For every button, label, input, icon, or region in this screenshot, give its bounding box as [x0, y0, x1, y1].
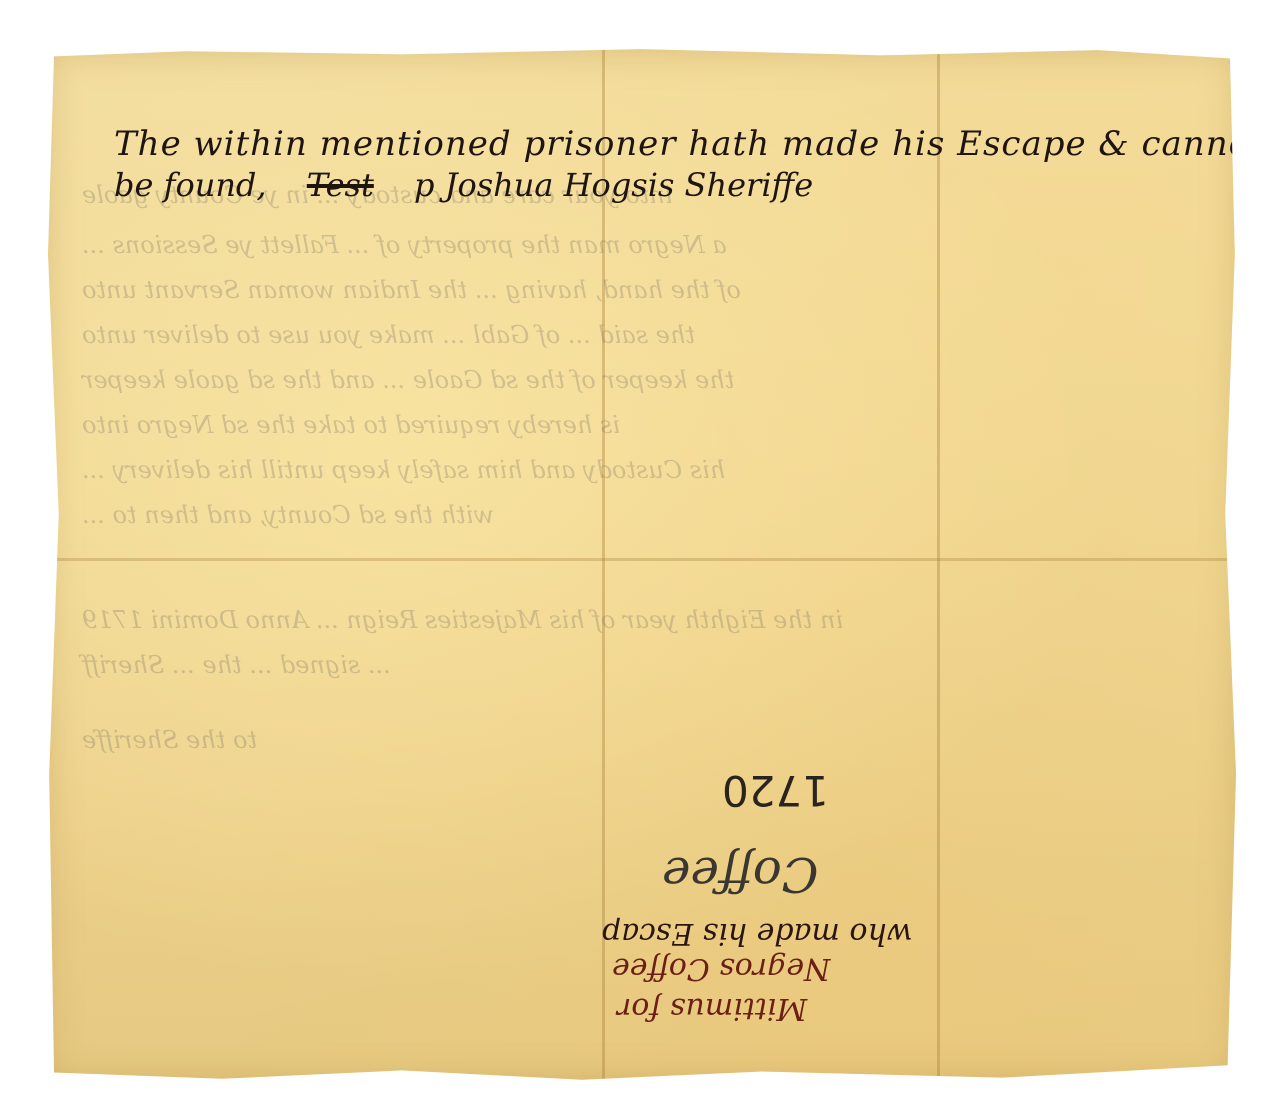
document-paper: into your care and custody ... in ye Cou… — [42, 46, 1242, 1086]
sheriff-signature: p Joshua Hogsis Sheriffe — [414, 166, 813, 204]
be-found-text: be found, — [114, 166, 267, 204]
docket-endorsement-line: who made his Escap — [602, 916, 912, 951]
bleed-through-line: in the Eighth year of his Majesties Reig… — [82, 606, 843, 634]
docket-year: 1720 — [722, 766, 829, 815]
sheriff-return-line-2: be found, Test p Joshua Hogsis Sheriffe — [114, 166, 813, 204]
vertical-fold-crease — [937, 46, 940, 1086]
docket-pencil-note: Coffee — [662, 846, 818, 902]
struck-out-word: Test — [307, 166, 374, 204]
bleed-through-line: of the hand, having ... the Indian woman… — [82, 276, 741, 304]
bleed-through-line: the said ... of Gabl ... make you use to… — [82, 321, 695, 349]
bleed-through-line: his Custody and him safely keep untill h… — [82, 456, 725, 484]
bleed-through-line: the keeper of the sd Gaole ... and the s… — [82, 366, 734, 394]
bleed-through-line: with the sd County, and then to ... — [82, 501, 494, 529]
bleed-through-line: a Negro man the property of ... Fallett … — [82, 231, 727, 259]
horizontal-fold-crease — [42, 558, 1242, 561]
bleed-through-line: ... signed ... the ... Sheriff — [82, 651, 391, 679]
docket-endorsement-line: Mittimus for — [617, 991, 807, 1026]
bleed-through-line: is hereby required to take the sd Negro … — [82, 411, 620, 439]
docket-endorsement-line: Negros Coffee — [612, 951, 830, 986]
bleed-through-line: to the Sheriffe — [82, 726, 257, 754]
sheriff-return-line-1: The within mentioned prisoner hath made … — [114, 124, 1265, 164]
